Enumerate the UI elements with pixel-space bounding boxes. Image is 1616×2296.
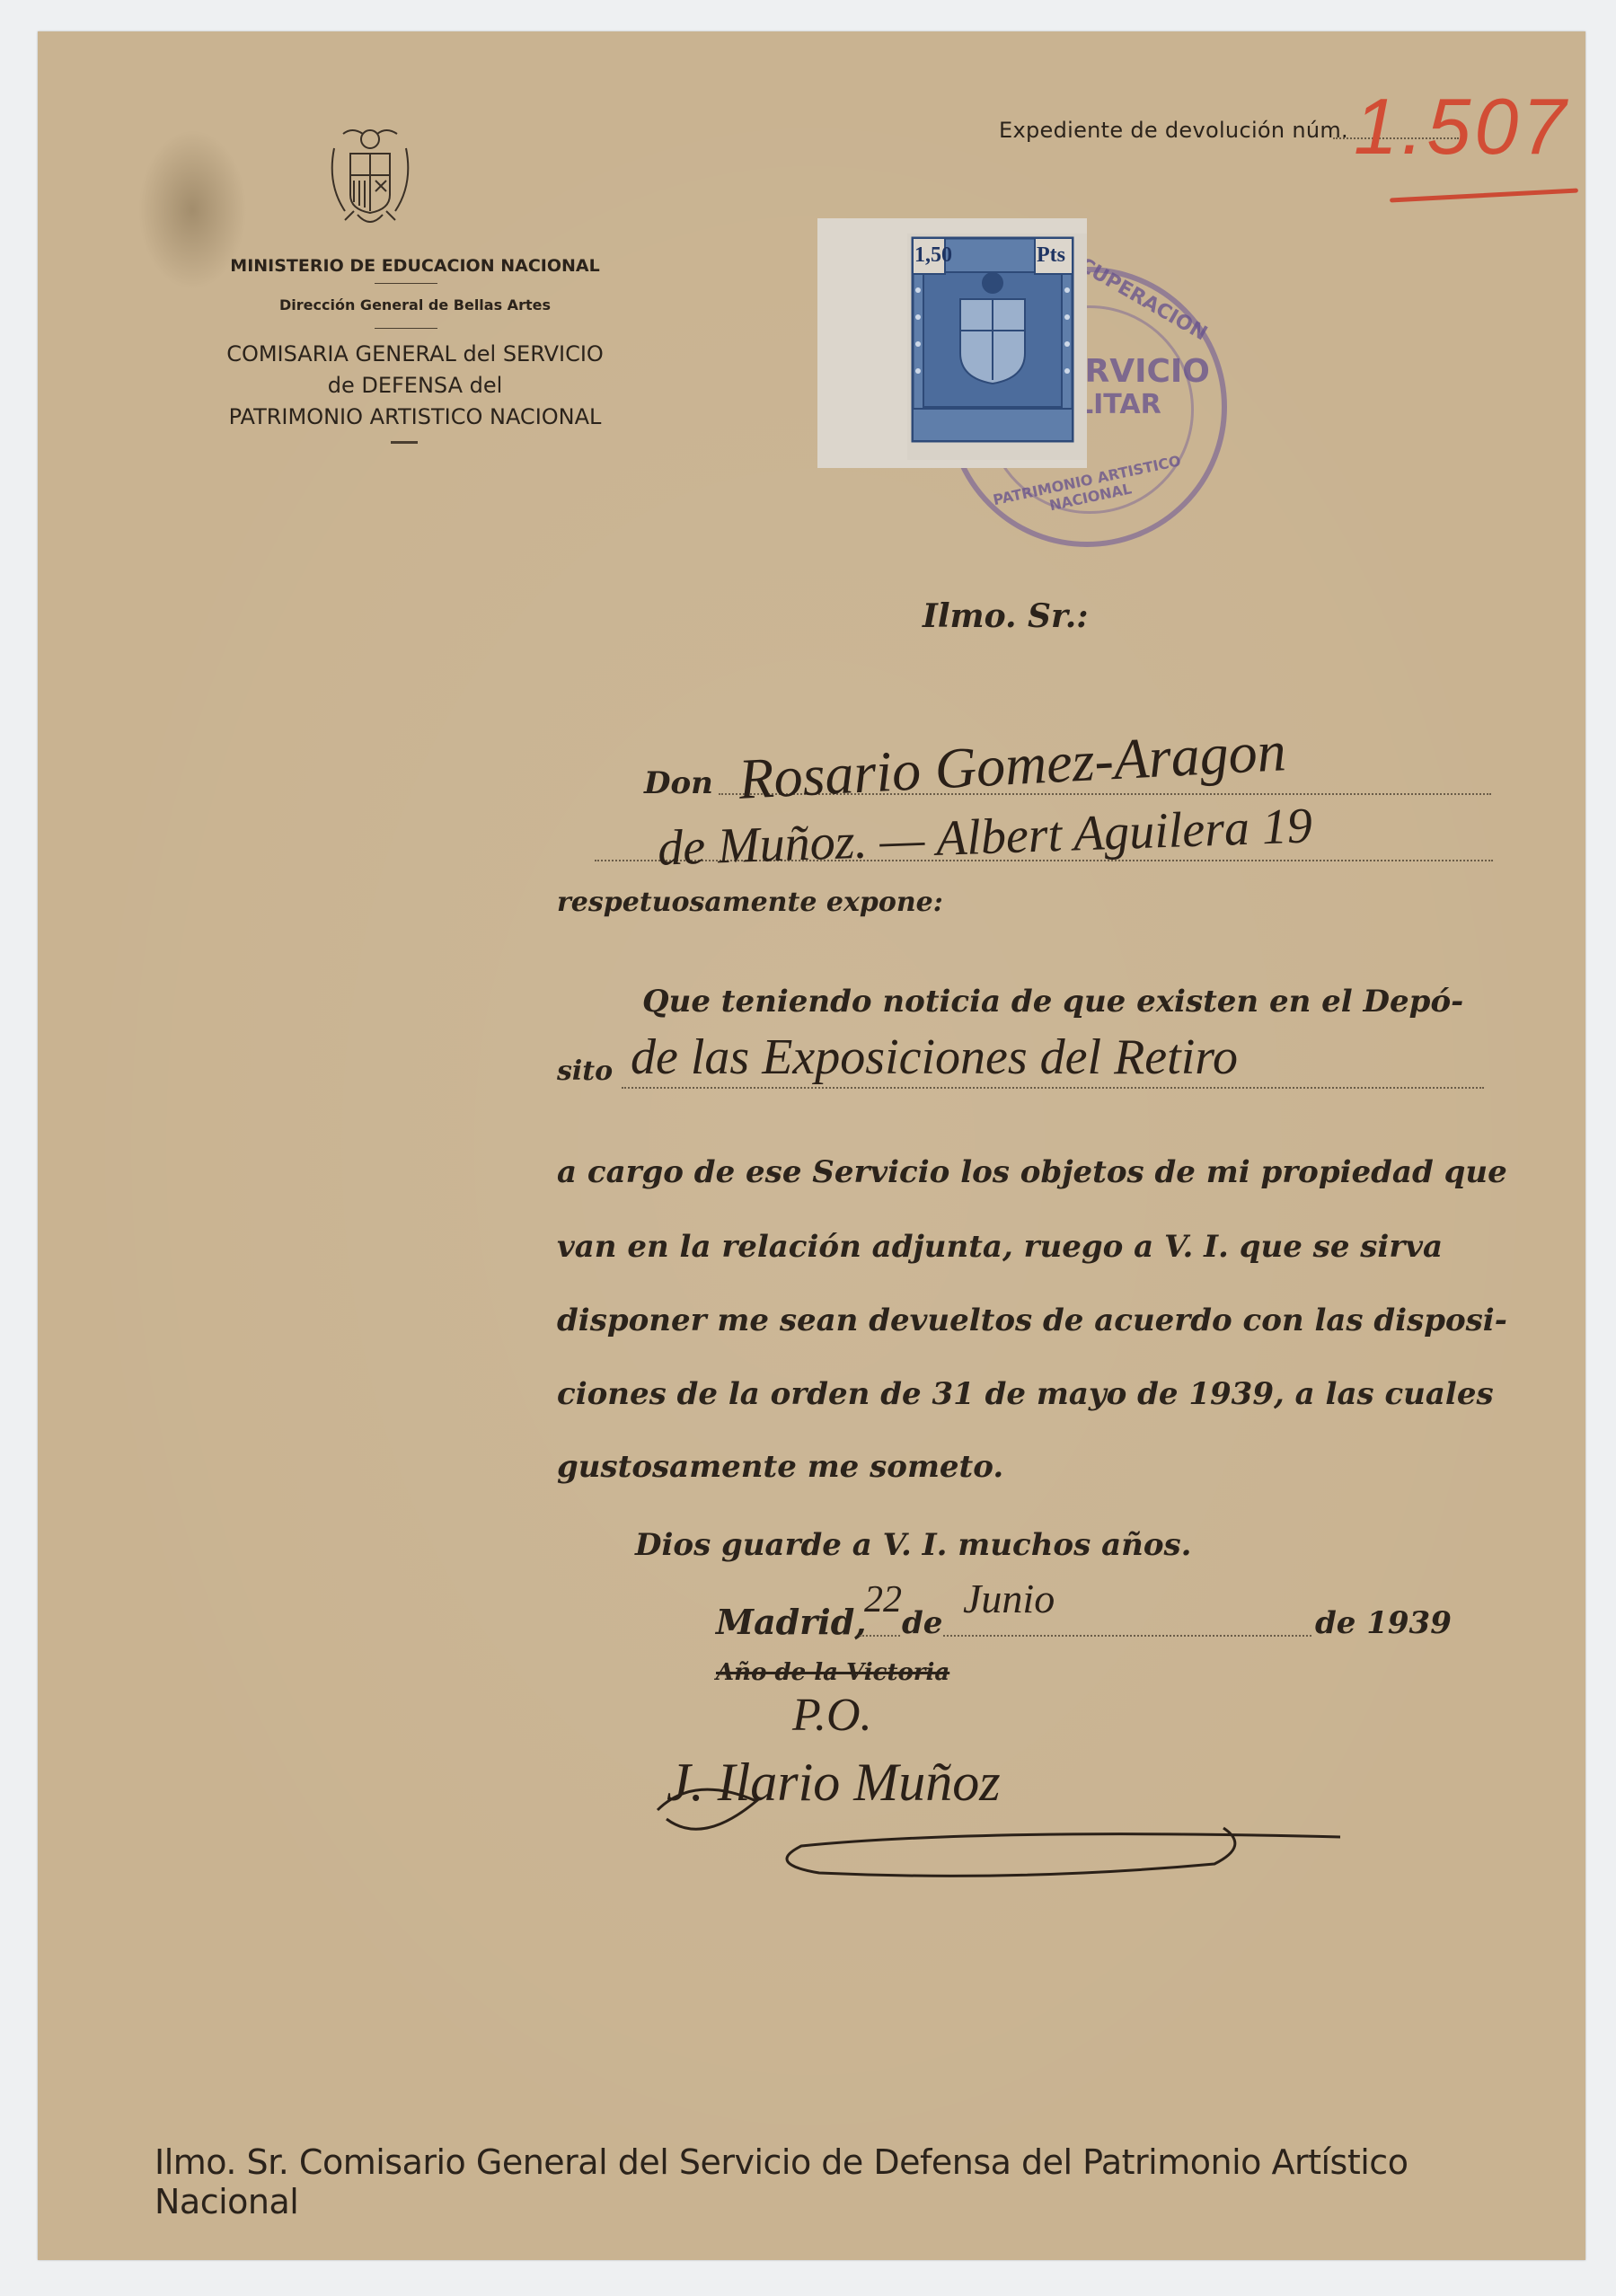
commission-line-1: COMISARIA GENERAL del SERVICIO — [146, 341, 684, 366]
body-line-1: Que teniendo noticia de que existen en e… — [642, 984, 1463, 1020]
closing-day-handwritten: 22 — [864, 1578, 902, 1621]
closing-year: de 1939 — [1315, 1605, 1452, 1641]
petitioner-prefix: Don — [644, 765, 713, 801]
commission-line-3: PATRIMONIO ARTISTICO NACIONAL — [146, 404, 684, 429]
divider — [391, 441, 418, 444]
petitioner-name-handwritten: Rosario Gomez-Aragon — [737, 718, 1287, 813]
body-line-3: a cargo de ese Servicio los objetos de m… — [557, 1154, 1507, 1190]
signature-flourish-icon — [649, 1756, 1349, 1891]
body-line-5: disponer me sean devueltos de acuerdo co… — [557, 1303, 1507, 1338]
deposit-prefix: sito — [557, 1055, 613, 1087]
closing-day-line — [860, 1635, 900, 1637]
deposit-handwritten: de las Exposiciones del Retiro — [631, 1029, 1238, 1086]
intro-text: respetuosamente expone: — [557, 887, 943, 918]
file-number-handwritten: 1.507 — [1354, 81, 1569, 172]
closing-de: de — [902, 1605, 942, 1641]
body-line-7: gustosamente me someto. — [557, 1449, 1003, 1485]
struck-victory-year: Año de la Victoria — [716, 1659, 949, 1686]
body-line-6: ciones de la orden de 31 de mayo de 1939… — [557, 1376, 1494, 1412]
per-order-handwritten: P.O. — [792, 1689, 872, 1742]
ministry-name: MINISTERIO DE EDUCACION NACIONAL — [146, 256, 684, 276]
divider — [375, 328, 437, 329]
directorate-name: Dirección General de Bellas Artes — [146, 296, 684, 313]
closing-month-handwritten: Junio — [963, 1575, 1055, 1622]
revenue-stamp-currency: Pts — [1037, 243, 1065, 268]
file-number-underline — [1390, 189, 1578, 203]
divider — [375, 283, 437, 284]
footer-addressee: Ilmo. Sr. Comisario General del Servicio… — [155, 2142, 1502, 2221]
coat-of-arms-icon — [325, 121, 415, 234]
file-number-label: Expediente de devolución núm. — [999, 118, 1348, 143]
closing-place: Madrid, — [716, 1602, 867, 1642]
document-page: MINISTERIO DE EDUCACION NACIONAL Direcci… — [38, 31, 1585, 2260]
deposit-line — [622, 1087, 1484, 1089]
revenue-stamp-value: 1,50 — [914, 243, 952, 268]
salutation: Ilmo. Sr.: — [923, 597, 1089, 635]
closing-blessing: Dios guarde a V. I. muchos años. — [635, 1527, 1191, 1563]
closing-month-line — [943, 1635, 1311, 1637]
body-line-4: van en la relación adjunta, ruego a V. I… — [557, 1229, 1443, 1265]
commission-line-2: de DEFENSA del — [146, 373, 684, 398]
